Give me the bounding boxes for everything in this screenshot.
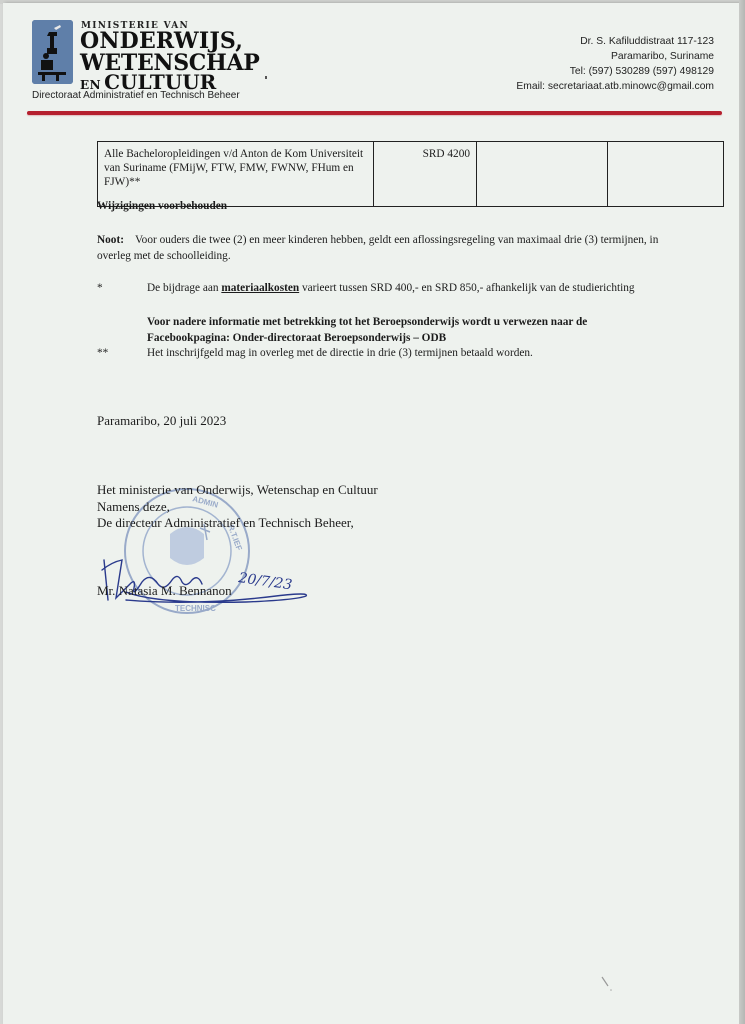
- scan-scratch-mark: [600, 975, 614, 993]
- empty-cell: [477, 142, 608, 207]
- changes-reserved-note: Wijzigingen voorbehouden: [97, 200, 227, 212]
- footnote-text: Het inschrijfgeld mag in overleg met de …: [147, 347, 533, 359]
- address-phone: Tel: (597) 530289 (597) 498129: [516, 64, 714, 79]
- address-email: Email: secretariaat.atb.minowc@gmail.com: [516, 79, 714, 94]
- note-paragraph: Noot:Voor ouders die twee (2) en meer ki…: [97, 232, 677, 264]
- note-label: Noot:: [97, 234, 124, 246]
- date-line: Paramaribo, 20 juli 2023: [97, 413, 226, 429]
- address-city: Paramaribo, Suriname: [516, 49, 714, 64]
- materiaalkosten-emphasis: materiaalkosten: [221, 282, 299, 294]
- letterhead-divider: [27, 111, 722, 115]
- closing-line3: De directeur Administratief en Technisch…: [97, 515, 378, 532]
- scan-border-right: [739, 0, 745, 1024]
- note-text: Voor ouders die twee (2) en meer kindere…: [97, 234, 658, 262]
- table-row: Alle Bacheloropleidingen v/d Anton de Ko…: [98, 142, 724, 207]
- amount-cell: SRD 4200: [374, 142, 477, 207]
- ministry-heading-line3: ENCULTUUR: [80, 72, 216, 92]
- address-street: Dr. S. Kafiluddistraat 117-123: [516, 34, 714, 49]
- signer-name: Mr. Natasia M. Bennanon: [97, 583, 232, 599]
- empty-cell: [608, 142, 724, 207]
- handwritten-signature-icon: 20/7/23: [98, 540, 313, 620]
- program-cell: Alle Bacheloropleidingen v/d Anton de Ko…: [98, 142, 374, 207]
- ministry-address: Dr. S. Kafiluddistraat 117-123 Paramarib…: [516, 34, 714, 94]
- fee-table: Alle Bacheloropleidingen v/d Anton de Ko…: [97, 141, 724, 207]
- directoraat-subtitle: Directoraat Administratief en Technisch …: [32, 90, 240, 101]
- footnote-inschrijfgeld: **Het inschrijfgeld mag in overleg met d…: [97, 345, 657, 361]
- svg-text:20/7/23: 20/7/23: [236, 570, 293, 594]
- vocational-info-note: Voor nadere informatie met betrekking to…: [147, 314, 667, 346]
- scan-speck: [265, 76, 267, 79]
- closing-line1: Het ministerie van Onderwijs, Wetenschap…: [97, 482, 378, 499]
- footnote-marker: *: [97, 280, 147, 296]
- ministry-emblem-icon: [32, 20, 73, 84]
- closing-block: Het ministerie van Onderwijs, Wetenschap…: [97, 482, 378, 532]
- footnote-text: De bijdrage aan: [147, 282, 221, 294]
- ministry-heading-line1: ONDERWIJS,: [80, 30, 243, 52]
- closing-line2: Namens deze,: [97, 499, 378, 516]
- footnote-materiaalkosten: *De bijdrage aan materiaalkosten varieer…: [97, 280, 637, 296]
- footnote-text: varieert tussen SRD 400,- en SRD 850,- a…: [299, 282, 634, 294]
- footnote-marker: **: [97, 345, 147, 361]
